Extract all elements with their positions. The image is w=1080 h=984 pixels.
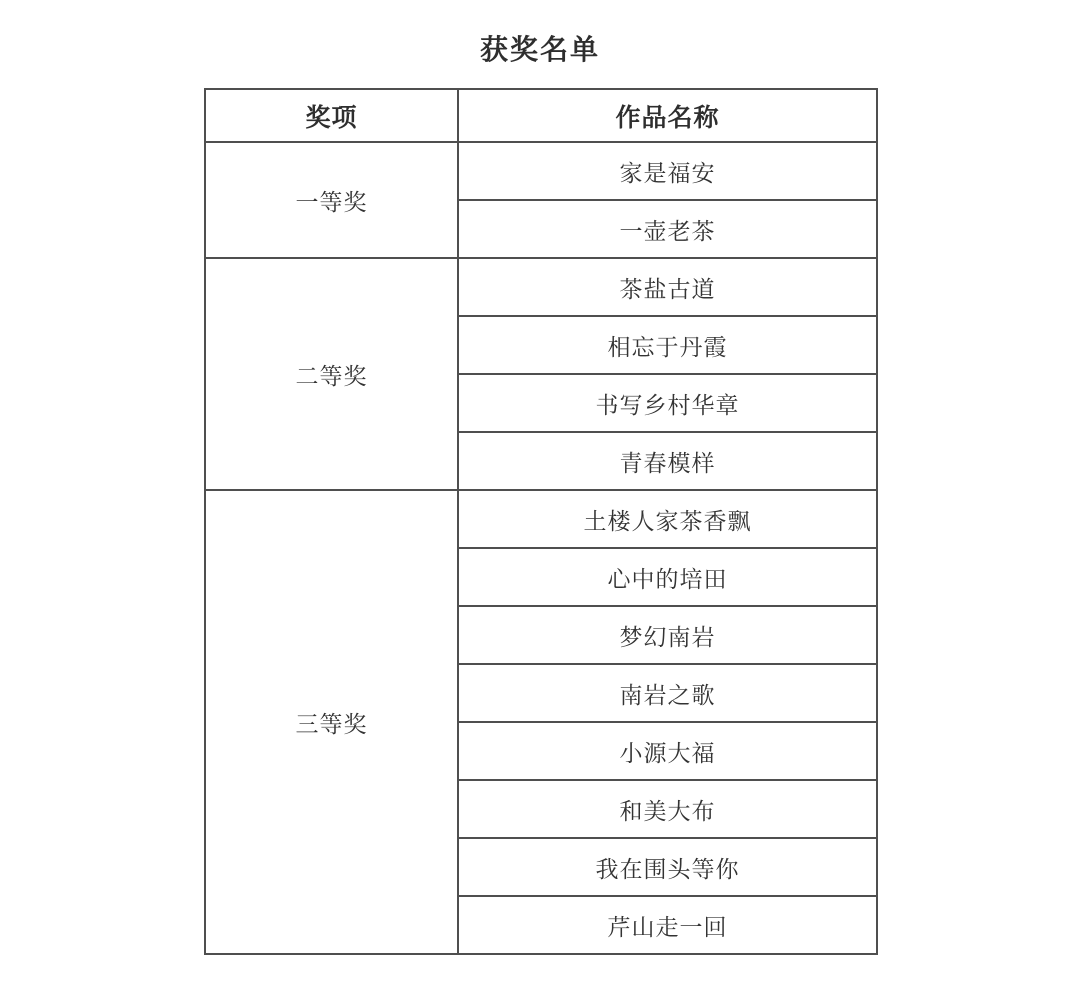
work-cell: 青春模样 [458, 432, 877, 490]
work-cell: 家是福安 [458, 142, 877, 200]
work-cell: 土楼人家茶香飘 [458, 490, 877, 548]
awards-table: 奖项 作品名称 一等奖 家是福安 一壶老茶 二等奖 茶盐古道 相忘于丹霞 书写乡… [204, 88, 878, 955]
page-title: 获奖名单 [0, 28, 1080, 68]
award-cell-third-prize: 三等奖 [205, 490, 458, 954]
work-cell: 我在围头等你 [458, 838, 877, 896]
work-cell: 芹山走一回 [458, 896, 877, 954]
award-cell-second-prize: 二等奖 [205, 258, 458, 490]
table-row: 二等奖 茶盐古道 [205, 258, 877, 316]
table-row: 一等奖 家是福安 [205, 142, 877, 200]
work-cell: 一壶老茶 [458, 200, 877, 258]
work-cell: 和美大布 [458, 780, 877, 838]
table-row: 三等奖 土楼人家茶香飘 [205, 490, 877, 548]
work-column-header: 作品名称 [458, 89, 877, 142]
header-row: 奖项 作品名称 [205, 89, 877, 142]
work-cell: 书写乡村华章 [458, 374, 877, 432]
work-cell: 南岩之歌 [458, 664, 877, 722]
work-cell: 相忘于丹霞 [458, 316, 877, 374]
work-cell: 小源大福 [458, 722, 877, 780]
award-column-header: 奖项 [205, 89, 458, 142]
award-cell-first-prize: 一等奖 [205, 142, 458, 258]
work-cell: 梦幻南岩 [458, 606, 877, 664]
work-cell: 茶盐古道 [458, 258, 877, 316]
work-cell: 心中的培田 [458, 548, 877, 606]
